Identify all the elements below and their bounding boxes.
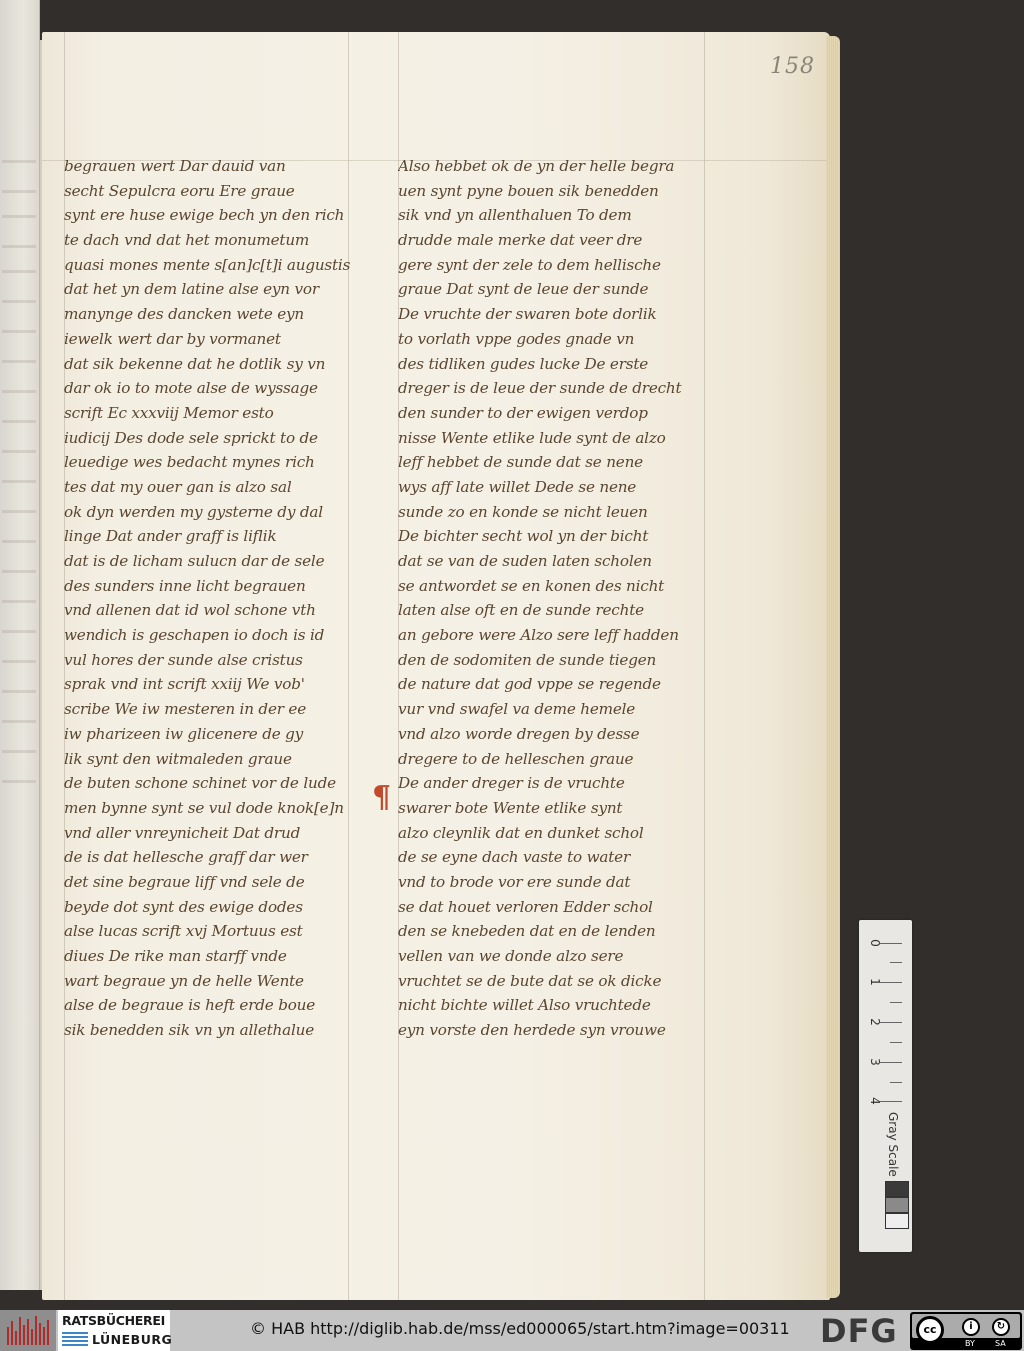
- text-line: dregere to de helleschen graue: [398, 747, 718, 772]
- text-line: des sunders inne licht begrauen: [64, 574, 354, 599]
- text-line: vur vnd swafel va deme hemele: [398, 697, 718, 722]
- text-line: begrauen wert Dar dauid van: [64, 154, 354, 179]
- text-line: secht Sepulcra eoru Ere graue: [64, 179, 354, 204]
- text-column-left: begrauen wert Dar dauid van secht Sepulc…: [64, 154, 354, 1043]
- copyright-link[interactable]: © HAB http://diglib.hab.de/mss/ed000065/…: [250, 1319, 790, 1338]
- cc-license-badge[interactable]: cc i ↻ BY SA: [910, 1312, 1022, 1350]
- scale-tick-label: 3: [868, 1056, 882, 1068]
- logo-text-bottom: LÜNEBURG: [92, 1332, 172, 1347]
- text-line: beyde dot synt des ewige dodes: [64, 895, 354, 920]
- text-line: alse lucas scrift xvj Mortuus est: [64, 919, 354, 944]
- text-line: den sunder to der ewigen verdop: [398, 401, 718, 426]
- text-line: des tidliken gudes lucke De erste: [398, 352, 718, 377]
- text-line: iudicij Des dode sele sprickt to de: [64, 426, 354, 451]
- text-line: det sine begraue liff vnd sele de: [64, 870, 354, 895]
- share-alike-icon: ↻: [992, 1318, 1010, 1336]
- cc-icon: cc: [916, 1316, 944, 1344]
- text-line: drudde male merke dat veer dre: [398, 228, 718, 253]
- text-line: uen synt pyne bouen sik benedden: [398, 179, 718, 204]
- logo-text-top: RATSBÜCHEREI: [62, 1313, 165, 1328]
- paragraph-mark-icon: ¶: [372, 780, 391, 815]
- text-line: manynge des dancken wete eyn: [64, 302, 354, 327]
- text-line: sunde zo en konde se nicht leuen: [398, 500, 718, 525]
- text-column-right: Also hebbet ok de yn der helle begra uen…: [398, 154, 718, 1043]
- library-bars-logo: [0, 1310, 56, 1351]
- gray-patch-mid: [885, 1197, 909, 1213]
- text-line: den se knebeden dat en de lenden: [398, 919, 718, 944]
- text-line: alzo cleynlik dat en dunket schol: [398, 821, 718, 846]
- text-line: vellen van we donde alzo sere: [398, 944, 718, 969]
- text-line: swarer bote Wente etlike synt: [398, 796, 718, 821]
- sa-label: SA: [995, 1339, 1006, 1348]
- text-line: synt ere huse ewige bech yn den rich: [64, 203, 354, 228]
- text-line: an gebore were Alzo sere leff hadden: [398, 623, 718, 648]
- scale-tick-label: 4: [868, 1095, 882, 1107]
- text-line: gere synt der zele to dem hellische: [398, 253, 718, 278]
- text-line: iw pharizeen iw glicenere de gy: [64, 722, 354, 747]
- text-line: de is dat hellesche graff dar wer: [64, 845, 354, 870]
- text-line: diues De rike man starff vnde: [64, 944, 354, 969]
- book-icon: [62, 1332, 88, 1346]
- text-line: leff hebbet de sunde dat se nene: [398, 450, 718, 475]
- ratsbuecherei-logo[interactable]: RATSBÜCHEREI LÜNEBURG: [58, 1310, 170, 1351]
- text-line: vnd alzo worde dregen by desse: [398, 722, 718, 747]
- text-line: leuedige wes bedacht mynes rich: [64, 450, 354, 475]
- text-line: lik synt den witmaleden graue: [64, 747, 354, 772]
- text-line: linge Dat ander graff is liflik: [64, 524, 354, 549]
- gray-patch-light: [885, 1213, 909, 1229]
- text-line: alse de begraue is heft erde boue: [64, 993, 354, 1018]
- text-line: sik vnd yn allenthaluen To dem: [398, 203, 718, 228]
- text-line: se antwordet se en konen des nicht: [398, 574, 718, 599]
- scale-tick-label: 0: [868, 937, 882, 949]
- text-line: sprak vnd int scrift xxiij We vob': [64, 672, 354, 697]
- text-line: vruchtet se de bute dat se ok dicke: [398, 969, 718, 994]
- dfg-logo[interactable]: DFG: [820, 1313, 898, 1349]
- attribution-icon: i: [962, 1318, 980, 1336]
- text-line: nisse Wente etlike lude synt de alzo: [398, 426, 718, 451]
- text-line: dat sik bekenne dat he dotlik sy vn: [64, 352, 354, 377]
- text-line: nicht bichte willet Also vruchtede: [398, 993, 718, 1018]
- text-line: den de sodomiten de sunde tiegen: [398, 648, 718, 673]
- text-line: se dat houet verloren Edder schol: [398, 895, 718, 920]
- text-line: scribe We iw mesteren in der ee: [64, 697, 354, 722]
- text-line: iewelk wert dar by vormanet: [64, 327, 354, 352]
- text-line: wys aff late willet Dede se nene: [398, 475, 718, 500]
- by-label: BY: [965, 1339, 975, 1348]
- text-line: eyn vorste den herdede syn vrouwe: [398, 1018, 718, 1043]
- scale-tick-label: 1: [868, 976, 882, 988]
- text-line: vul hores der sunde alse cristus: [64, 648, 354, 673]
- text-line: de buten schone schinet vor de lude: [64, 771, 354, 796]
- text-line: to vorlath vppe godes gnade vn: [398, 327, 718, 352]
- text-line: scrift Ec xxxviij Memor esto: [64, 401, 354, 426]
- gray-scale-label: Gray Scale: [886, 1112, 900, 1177]
- text-line: vnd aller vnreynicheit Dat drud: [64, 821, 354, 846]
- text-line: men bynne synt se vul dode knok[e]n: [64, 796, 354, 821]
- text-line: de nature dat god vppe se regende: [398, 672, 718, 697]
- text-line: dat se van de suden laten scholen: [398, 549, 718, 574]
- text-line: De vruchte der swaren bote dorlik: [398, 302, 718, 327]
- text-line: vnd to brode vor ere sunde dat: [398, 870, 718, 895]
- text-line: vnd allenen dat id wol schone vth: [64, 598, 354, 623]
- text-line: quasi mones mente s[an]c[t]i augustis: [64, 253, 354, 278]
- text-line: Also hebbet ok de yn der helle begra: [398, 154, 718, 179]
- folio-number: 158: [770, 54, 815, 79]
- text-line: wendich is geschapen io doch is id: [64, 623, 354, 648]
- text-line: dat het yn dem latine alse eyn vor: [64, 277, 354, 302]
- text-line: graue Dat synt de leue der sunde: [398, 277, 718, 302]
- manuscript-viewer: 158 begrauen wert Dar dauid van secht Se…: [0, 0, 1024, 1310]
- text-line: de se eyne dach vaste to water: [398, 845, 718, 870]
- text-line: sik benedden sik vn yn allethalue: [64, 1018, 354, 1043]
- text-line: laten alse oft en de sunde rechte: [398, 598, 718, 623]
- gray-patch-dark: [885, 1181, 909, 1197]
- text-line: dreger is de leue der sunde de drecht: [398, 376, 718, 401]
- text-line: dat is de licham sulucn dar de sele: [64, 549, 354, 574]
- page-fore-edge: [826, 36, 840, 1298]
- text-line: wart begraue yn de helle Wente: [64, 969, 354, 994]
- facing-page-edge: [0, 0, 40, 1290]
- text-line: ok dyn werden my gysterne dy dal: [64, 500, 354, 525]
- text-line: De bichter secht wol yn der bicht: [398, 524, 718, 549]
- text-line: dar ok io to mote alse de wyssage: [64, 376, 354, 401]
- text-line: De ander dreger is de vruchte: [398, 771, 718, 796]
- footer-bar: RATSBÜCHEREI LÜNEBURG © HAB http://digli…: [0, 1310, 1024, 1351]
- text-line: tes dat my ouer gan is alzo sal: [64, 475, 354, 500]
- text-line: te dach vnd dat het monumetum: [64, 228, 354, 253]
- scale-tick-label: 2: [868, 1016, 882, 1028]
